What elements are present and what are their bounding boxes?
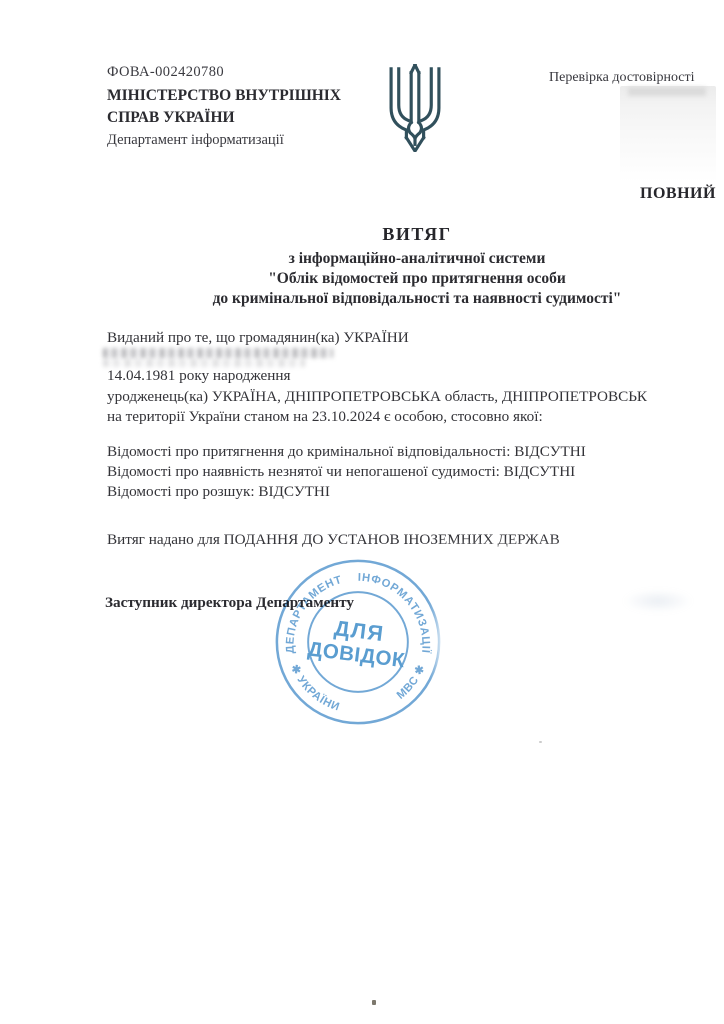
redacted-name — [103, 348, 333, 358]
document-subtitle-line3: до кримінальної відповідальності та наяв… — [117, 290, 717, 308]
status-as-of-line: на території України станом на 23.10.202… — [107, 408, 543, 426]
stamp-center-line2: ДОВІДОК — [307, 638, 407, 673]
redacted-name-line2 — [103, 359, 305, 367]
ukraine-trident-icon — [384, 64, 446, 152]
record-wanted-status: Відомості про розшук: ВІДСУТНІ — [107, 483, 330, 501]
record-criminal-liability: Відомості про притягнення до кримінально… — [107, 443, 586, 461]
round-stamp: ДЕПАРТАМЕНТ ІНФОРМАТИЗАЦІЇ ✱ УКРАЇНИ МВС… — [272, 556, 444, 728]
issued-to-line: Виданий про те, що громадянин(ка) УКРАЇН… — [107, 329, 409, 347]
redaction-smear — [628, 87, 706, 96]
verification-label: Перевірка достовірності — [549, 70, 695, 86]
scanned-document-page: ФОВА-002420780 МІНІСТЕРСТВО ВНУТРІШНІХ С… — [0, 0, 724, 1024]
department-name: Департамент інформатизації — [107, 132, 284, 149]
document-subtitle-line1: з інформаційно-аналітичної системи — [117, 250, 717, 268]
record-conviction: Відомості про наявність незнятої чи непо… — [107, 463, 575, 481]
scan-speck — [372, 1000, 376, 1005]
faint-signature-smudge — [612, 586, 704, 616]
extract-type-label: ПОВНИЙ — [640, 185, 716, 203]
white-redaction-overlay — [438, 548, 588, 720]
stamp-ring-text-ukraine: ✱ УКРАЇНИ — [288, 663, 341, 714]
ministry-name-line2: СПРАВ УКРАЇНИ — [107, 109, 235, 127]
document-subtitle-line2: "Облік відомостей про притягнення особи — [117, 270, 717, 288]
document-title: ВИТЯГ — [117, 224, 717, 245]
scan-speck — [539, 741, 542, 743]
birthdate-line: 14.04.1981 року народження — [107, 367, 291, 385]
document-reference-number: ФОВА-002420780 — [107, 64, 224, 81]
ministry-name-line1: МІНІСТЕРСТВО ВНУТРІШНІХ — [107, 87, 341, 105]
purpose-line: Витяг надано для ПОДАННЯ ДО УСТАНОВ ІНОЗ… — [107, 531, 560, 549]
svg-text:✱ УКРАЇНИ: ✱ УКРАЇНИ — [288, 663, 341, 714]
redacted-qr-code — [620, 86, 716, 182]
birthplace-line: уродженець(ка) УКРАЇНА, ДНІПРОПЕТРОВСЬКА… — [107, 388, 647, 406]
